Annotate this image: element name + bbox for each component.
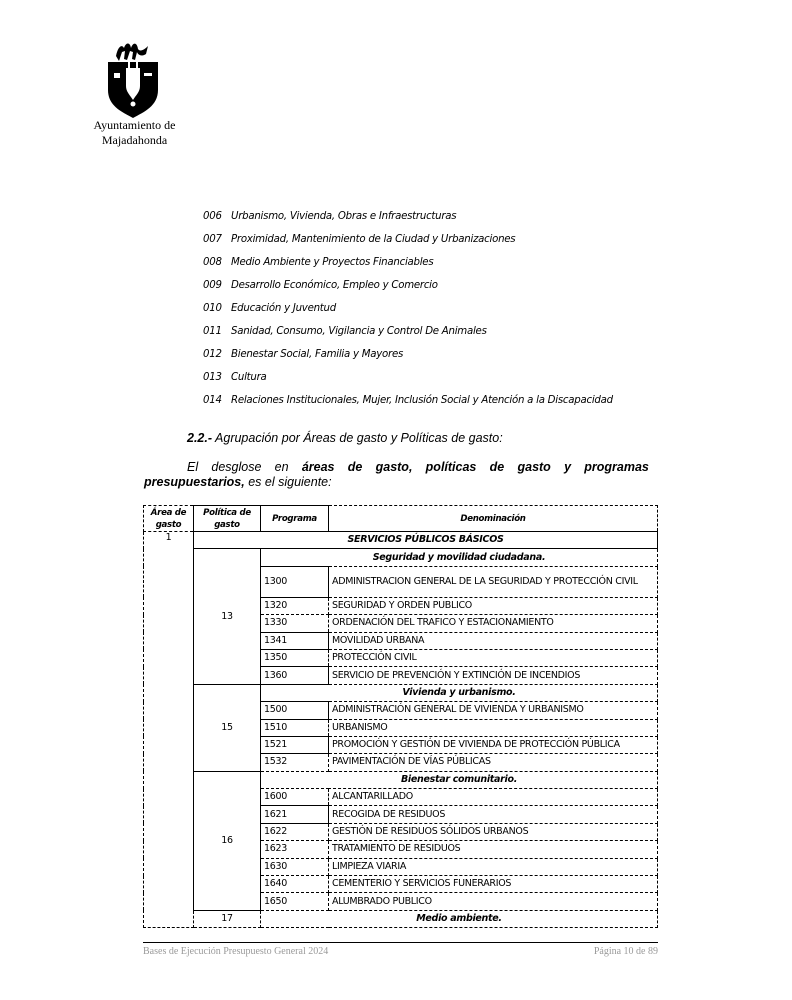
program-name: CEMENTERIO Y SERVICIOS FUNERARIOS bbox=[329, 876, 658, 893]
department-code: 006 bbox=[203, 209, 228, 224]
header-policy: Política degasto bbox=[194, 506, 261, 532]
program-code: 1521 bbox=[261, 736, 329, 753]
program-name: TRATAMIENTO DE RESIDUOS bbox=[329, 841, 658, 858]
department-code: 013 bbox=[203, 370, 228, 385]
program-name: ALUMBRADO PUBLICO bbox=[329, 893, 658, 910]
majadahonda-coat-of-arms-logo bbox=[104, 40, 162, 118]
program-name: GESTIÓN DE RESIDUOS SÓLIDOS URBANOS bbox=[329, 823, 658, 840]
program-code: 1623 bbox=[261, 841, 329, 858]
policy-code: 16 bbox=[194, 771, 261, 910]
department-item: 009 Desarrollo Económico, Empleo y Comer… bbox=[203, 278, 613, 301]
program-name: MOVILIDAD URBANA bbox=[329, 632, 658, 649]
department-code: 012 bbox=[203, 347, 228, 362]
department-name: Cultura bbox=[231, 372, 267, 383]
department-name: Educación y Juventud bbox=[231, 303, 336, 314]
department-name: Relaciones Institucionales, Mujer, Inclu… bbox=[231, 395, 613, 406]
policy-name: Bienestar comunitario. bbox=[261, 771, 658, 788]
program-code: 1330 bbox=[261, 615, 329, 632]
department-code: 008 bbox=[203, 255, 228, 270]
policy-code: 17 bbox=[194, 910, 261, 927]
department-name: Bienestar Social, Familia y Mayores bbox=[231, 349, 403, 360]
organization-name: Ayuntamiento de Majadahonda bbox=[82, 118, 187, 148]
program-name: PROTECCIÓN CIVIL bbox=[329, 649, 658, 666]
department-item: 011 Sanidad, Consumo, Vigilancia y Contr… bbox=[203, 324, 613, 347]
table-row: 16Bienestar comunitario. bbox=[144, 771, 658, 788]
department-code: 009 bbox=[203, 278, 228, 293]
program-code: 1630 bbox=[261, 858, 329, 875]
policy-name: Medio ambiente. bbox=[261, 910, 658, 927]
department-item: 006 Urbanismo, Vivienda, Obras e Infraes… bbox=[203, 209, 613, 232]
department-item: 008 Medio Ambiente y Proyectos Financiab… bbox=[203, 255, 613, 278]
footer-document-title: Bases de Ejecución Presupuesto General 2… bbox=[143, 946, 328, 957]
table-header-row: Área degasto Política degasto Programa D… bbox=[144, 506, 658, 532]
program-code: 1650 bbox=[261, 893, 329, 910]
policy-code: 13 bbox=[194, 549, 261, 684]
department-name: Urbanismo, Vivienda, Obras e Infraestruc… bbox=[231, 211, 456, 222]
program-name: SEGURIDAD Y ORDEN PUBLICO bbox=[329, 597, 658, 614]
department-code: 011 bbox=[203, 324, 228, 339]
program-name: ORDENACIÓN DEL TRAFICO Y ESTACIONAMIENTO bbox=[329, 615, 658, 632]
program-name: URBANISMO bbox=[329, 719, 658, 736]
program-code: 1510 bbox=[261, 719, 329, 736]
footer-page-number: Página 10 de 89 bbox=[594, 946, 658, 957]
section-heading: 2.2.- Agrupación por Áreas de gasto y Po… bbox=[187, 431, 503, 445]
department-item: 014 Relaciones Institucionales, Mujer, I… bbox=[203, 393, 613, 416]
department-item: 010 Educación y Juventud bbox=[203, 301, 613, 324]
area-code: 1 bbox=[144, 532, 194, 928]
area-name: SERVICIOS PÚBLICOS BÁSICOS bbox=[194, 532, 658, 549]
page-footer: Bases de Ejecución Presupuesto General 2… bbox=[143, 942, 658, 957]
program-code: 1500 bbox=[261, 702, 329, 719]
department-name: Medio Ambiente y Proyectos Financiables bbox=[231, 257, 433, 268]
program-name: PAVIMENTACIÓN DE VÍAS PÚBLICAS bbox=[329, 754, 658, 771]
program-name: ADMINISTRACION GENERAL DE LA SEGURIDAD Y… bbox=[329, 566, 658, 597]
program-code: 1300 bbox=[261, 566, 329, 597]
table-row: 15Vivienda y urbanismo. bbox=[144, 684, 658, 701]
program-code: 1350 bbox=[261, 649, 329, 666]
program-code: 1341 bbox=[261, 632, 329, 649]
budget-structure-table: Área degasto Política degasto Programa D… bbox=[143, 505, 658, 928]
program-name: PROMOCIÓN Y GESTIÓN DE VIVIENDA DE PROTE… bbox=[329, 736, 658, 753]
header-area: Área degasto bbox=[144, 506, 194, 532]
program-code: 1360 bbox=[261, 667, 329, 684]
department-item: 007 Proximidad, Mantenimiento de la Ciud… bbox=[203, 232, 613, 255]
department-code: 014 bbox=[203, 393, 228, 408]
policy-name: Vivienda y urbanismo. bbox=[261, 684, 658, 701]
department-code: 010 bbox=[203, 301, 228, 316]
department-list: 006 Urbanismo, Vivienda, Obras e Infraes… bbox=[203, 209, 613, 416]
header-denomination: Denominación bbox=[329, 506, 658, 532]
department-name: Sanidad, Consumo, Vigilancia y Control D… bbox=[231, 326, 487, 337]
program-code: 1622 bbox=[261, 823, 329, 840]
program-code: 1600 bbox=[261, 789, 329, 806]
program-name: ADMINISTRACIÓN GENERAL DE VIVIENDA Y URB… bbox=[329, 702, 658, 719]
policy-code: 15 bbox=[194, 684, 261, 771]
program-name: LIMPIEZA VIARIA bbox=[329, 858, 658, 875]
program-code: 1532 bbox=[261, 754, 329, 771]
program-code: 1320 bbox=[261, 597, 329, 614]
table-row: 17Medio ambiente. bbox=[144, 910, 658, 927]
header-program: Programa bbox=[261, 506, 329, 532]
department-name: Proximidad, Mantenimiento de la Ciudad y… bbox=[231, 234, 515, 245]
program-code: 1640 bbox=[261, 876, 329, 893]
program-name: ALCANTARILLADO bbox=[329, 789, 658, 806]
policy-name: Seguridad y movilidad ciudadana. bbox=[261, 549, 658, 566]
table-row: 13Seguridad y movilidad ciudadana. bbox=[144, 549, 658, 566]
department-code: 007 bbox=[203, 232, 228, 247]
table-row: 1SERVICIOS PÚBLICOS BÁSICOS bbox=[144, 532, 658, 549]
intro-paragraph: El desglose en áreas de gasto, políticas… bbox=[144, 460, 649, 490]
program-name: SERVICIO DE PREVENCIÓN Y EXTINCIÓN DE IN… bbox=[329, 667, 658, 684]
program-name: RECOGIDA DE RESIDUOS bbox=[329, 806, 658, 823]
department-name: Desarrollo Económico, Empleo y Comercio bbox=[231, 280, 438, 291]
department-item: 012 Bienestar Social, Familia y Mayores bbox=[203, 347, 613, 370]
program-code: 1621 bbox=[261, 806, 329, 823]
department-item: 013 Cultura bbox=[203, 370, 613, 393]
